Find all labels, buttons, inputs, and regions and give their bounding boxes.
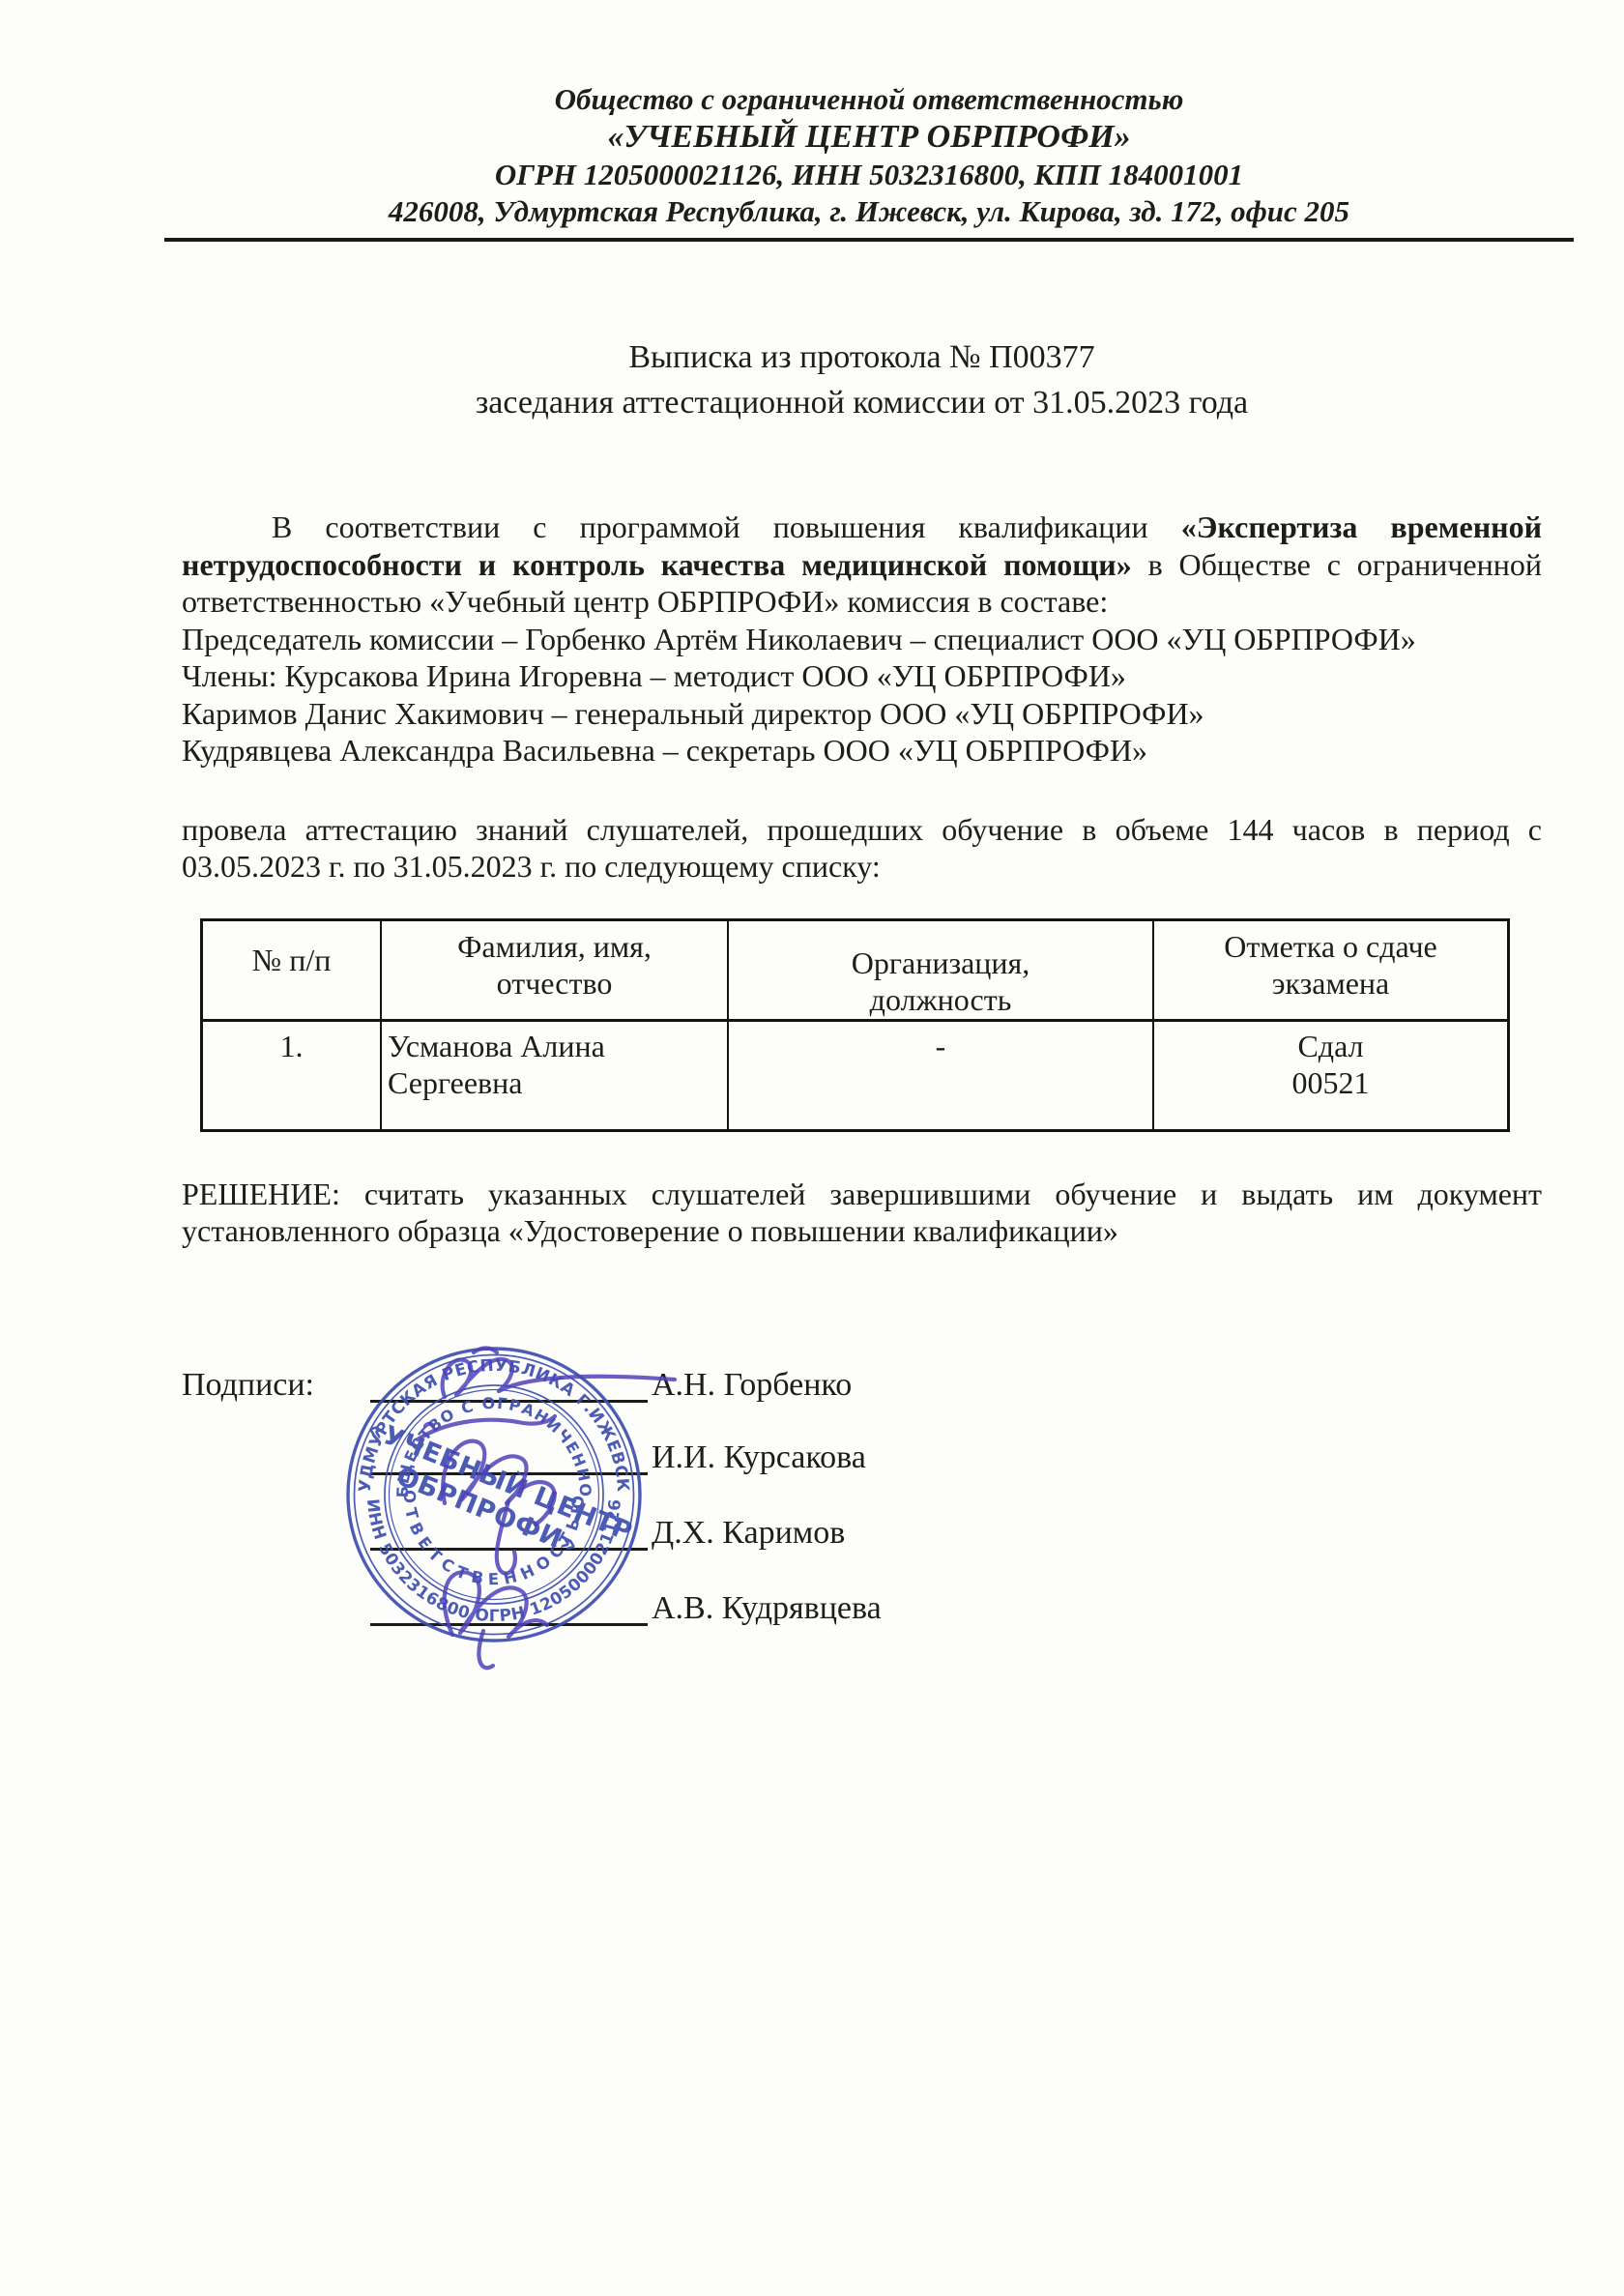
header-number: № п/п: [202, 919, 382, 1020]
svg-text:«УЧЕБНЫЙ ЦЕНТР: «УЧЕБНЫЙ ЦЕНТР: [362, 1412, 637, 1547]
decision-line-2: установленного образца «Удостоверение о …: [182, 1212, 1542, 1250]
committee-member-line-3: Кудрявцева Александра Васильевна – секре…: [182, 732, 1542, 770]
intro-paragraph: В соответствии с программой повышения кв…: [182, 509, 1542, 770]
cell-full-name: Усманова Алина Сергеевна: [381, 1020, 728, 1130]
document-content: Общество с ограниченной ответственностью…: [0, 0, 1624, 1780]
decision-line-1: РЕШЕНИЕ: считать указанных слушателей за…: [182, 1176, 1542, 1213]
handwritten-signature-3: [445, 1572, 547, 1668]
signer-name-4: А.В. Кудрявцева: [652, 1591, 882, 1626]
header-exam-mark: Отметка о сдаче экзамена: [1153, 919, 1509, 1020]
stamp-inn-ogrn-text: ИНН 5032316800 ОГРН 1205000021126: [362, 1497, 625, 1625]
org-address-line: 426008, Удмуртская Республика, г. Ижевск…: [164, 193, 1574, 230]
signature-line-3: [370, 1548, 648, 1551]
org-registration-line: ОГРН 1205000021126, ИНН 5032316800, КПП …: [164, 157, 1574, 193]
intro-line-2-bold: нетрудоспособности и контроль качества м…: [182, 547, 1132, 582]
stamp-rings: [348, 1349, 640, 1641]
title-line-1: Выписка из протокола № П00377: [182, 334, 1542, 380]
committee-chairman-line: Председатель комиссии – Горбенко Артём Н…: [182, 621, 1542, 658]
signer-name-1: А.Н. Горбенко: [652, 1368, 852, 1403]
org-type-line: Общество с ограниченной ответственностью: [164, 81, 1574, 118]
org-name-line: «УЧЕБНЫЙ ЦЕНТР ОБРПРОФИ»: [164, 118, 1574, 157]
attestation-line-2: 03.05.2023 г. по 31.05.2023 г. по следую…: [182, 848, 1542, 886]
table-header-row: № п/п Фамилия, имя, отчество Организация…: [202, 919, 1509, 1020]
signer-name-2: И.И. Курсакова: [652, 1440, 866, 1475]
stamp-region-text: * УДМУРТСКАЯ РЕСПУБЛИКА Г.ИЖЕВСК *: [329, 1341, 632, 1493]
students-table: № п/п Фамилия, имя, отчество Организация…: [200, 918, 1510, 1132]
header-full-name: Фамилия, имя, отчество: [381, 919, 728, 1020]
signatures-label: Подписи:: [182, 1368, 314, 1403]
signature-line-1: [370, 1400, 648, 1403]
intro-line-1-bold: «Экспертиза временной: [1181, 509, 1542, 544]
decision-paragraph: РЕШЕНИЕ: считать указанных слушателей за…: [182, 1176, 1542, 1250]
handwritten-signature-1: [443, 1348, 675, 1397]
attestation-paragraph: провела аттестацию знаний слушателей, пр…: [182, 811, 1542, 886]
document-title: Выписка из протокола № П00377 заседания …: [182, 334, 1542, 425]
table-row: 1. Усманова Алина Сергеевна - Сдал 00521: [202, 1020, 1509, 1130]
signature-line-2: [370, 1472, 648, 1475]
committee-member-line-2: Каримов Данис Хакимович – генеральный ди…: [182, 695, 1542, 733]
intro-line-2-normal: в Обществе с ограниченной: [1132, 547, 1542, 582]
title-line-2: заседания аттестационной комиссии от 31.…: [182, 380, 1542, 425]
committee-member-line-1: Члены: Курсакова Ирина Игоревна – методи…: [182, 657, 1542, 695]
intro-line-1-normal: В соответствии с программой повышения кв…: [272, 509, 1181, 544]
stamp-llc-text-bottom: ОТВЕТСТВЕННОСТЬЮ: [400, 1489, 589, 1588]
attestation-line-1: провела аттестацию знаний слушателей, пр…: [182, 811, 1542, 849]
scanned-document-page: Общество с ограниченной ответственностью…: [0, 0, 1624, 2296]
header-organization: Организация, должность: [728, 919, 1153, 1020]
svg-text:ОБРПРОФИ»: ОБРПРОФИ»: [392, 1461, 583, 1561]
cell-exam-mark: Сдал 00521: [1153, 1020, 1509, 1130]
intro-line-1: В соответствии с программой повышения кв…: [182, 509, 1542, 546]
cell-organization: -: [728, 1020, 1153, 1130]
intro-line-2: нетрудоспособности и контроль качества м…: [182, 546, 1542, 584]
cell-number: 1.: [202, 1020, 382, 1130]
signatures-section: Подписи: А.Н. Горбенко И.И. Курсакова Д.…: [182, 1364, 1542, 1780]
stamp-center-text: «УЧЕБНЫЙ ЦЕНТР ОБРПРОФИ»: [350, 1412, 636, 1578]
signer-name-3: Д.Х. Каримов: [652, 1516, 845, 1551]
signature-line-4: [370, 1623, 648, 1626]
intro-line-3: ответственностью «Учебный центр ОБРПРОФИ…: [182, 583, 1542, 621]
letterhead: Общество с ограниченной ответственностью…: [164, 0, 1574, 242]
